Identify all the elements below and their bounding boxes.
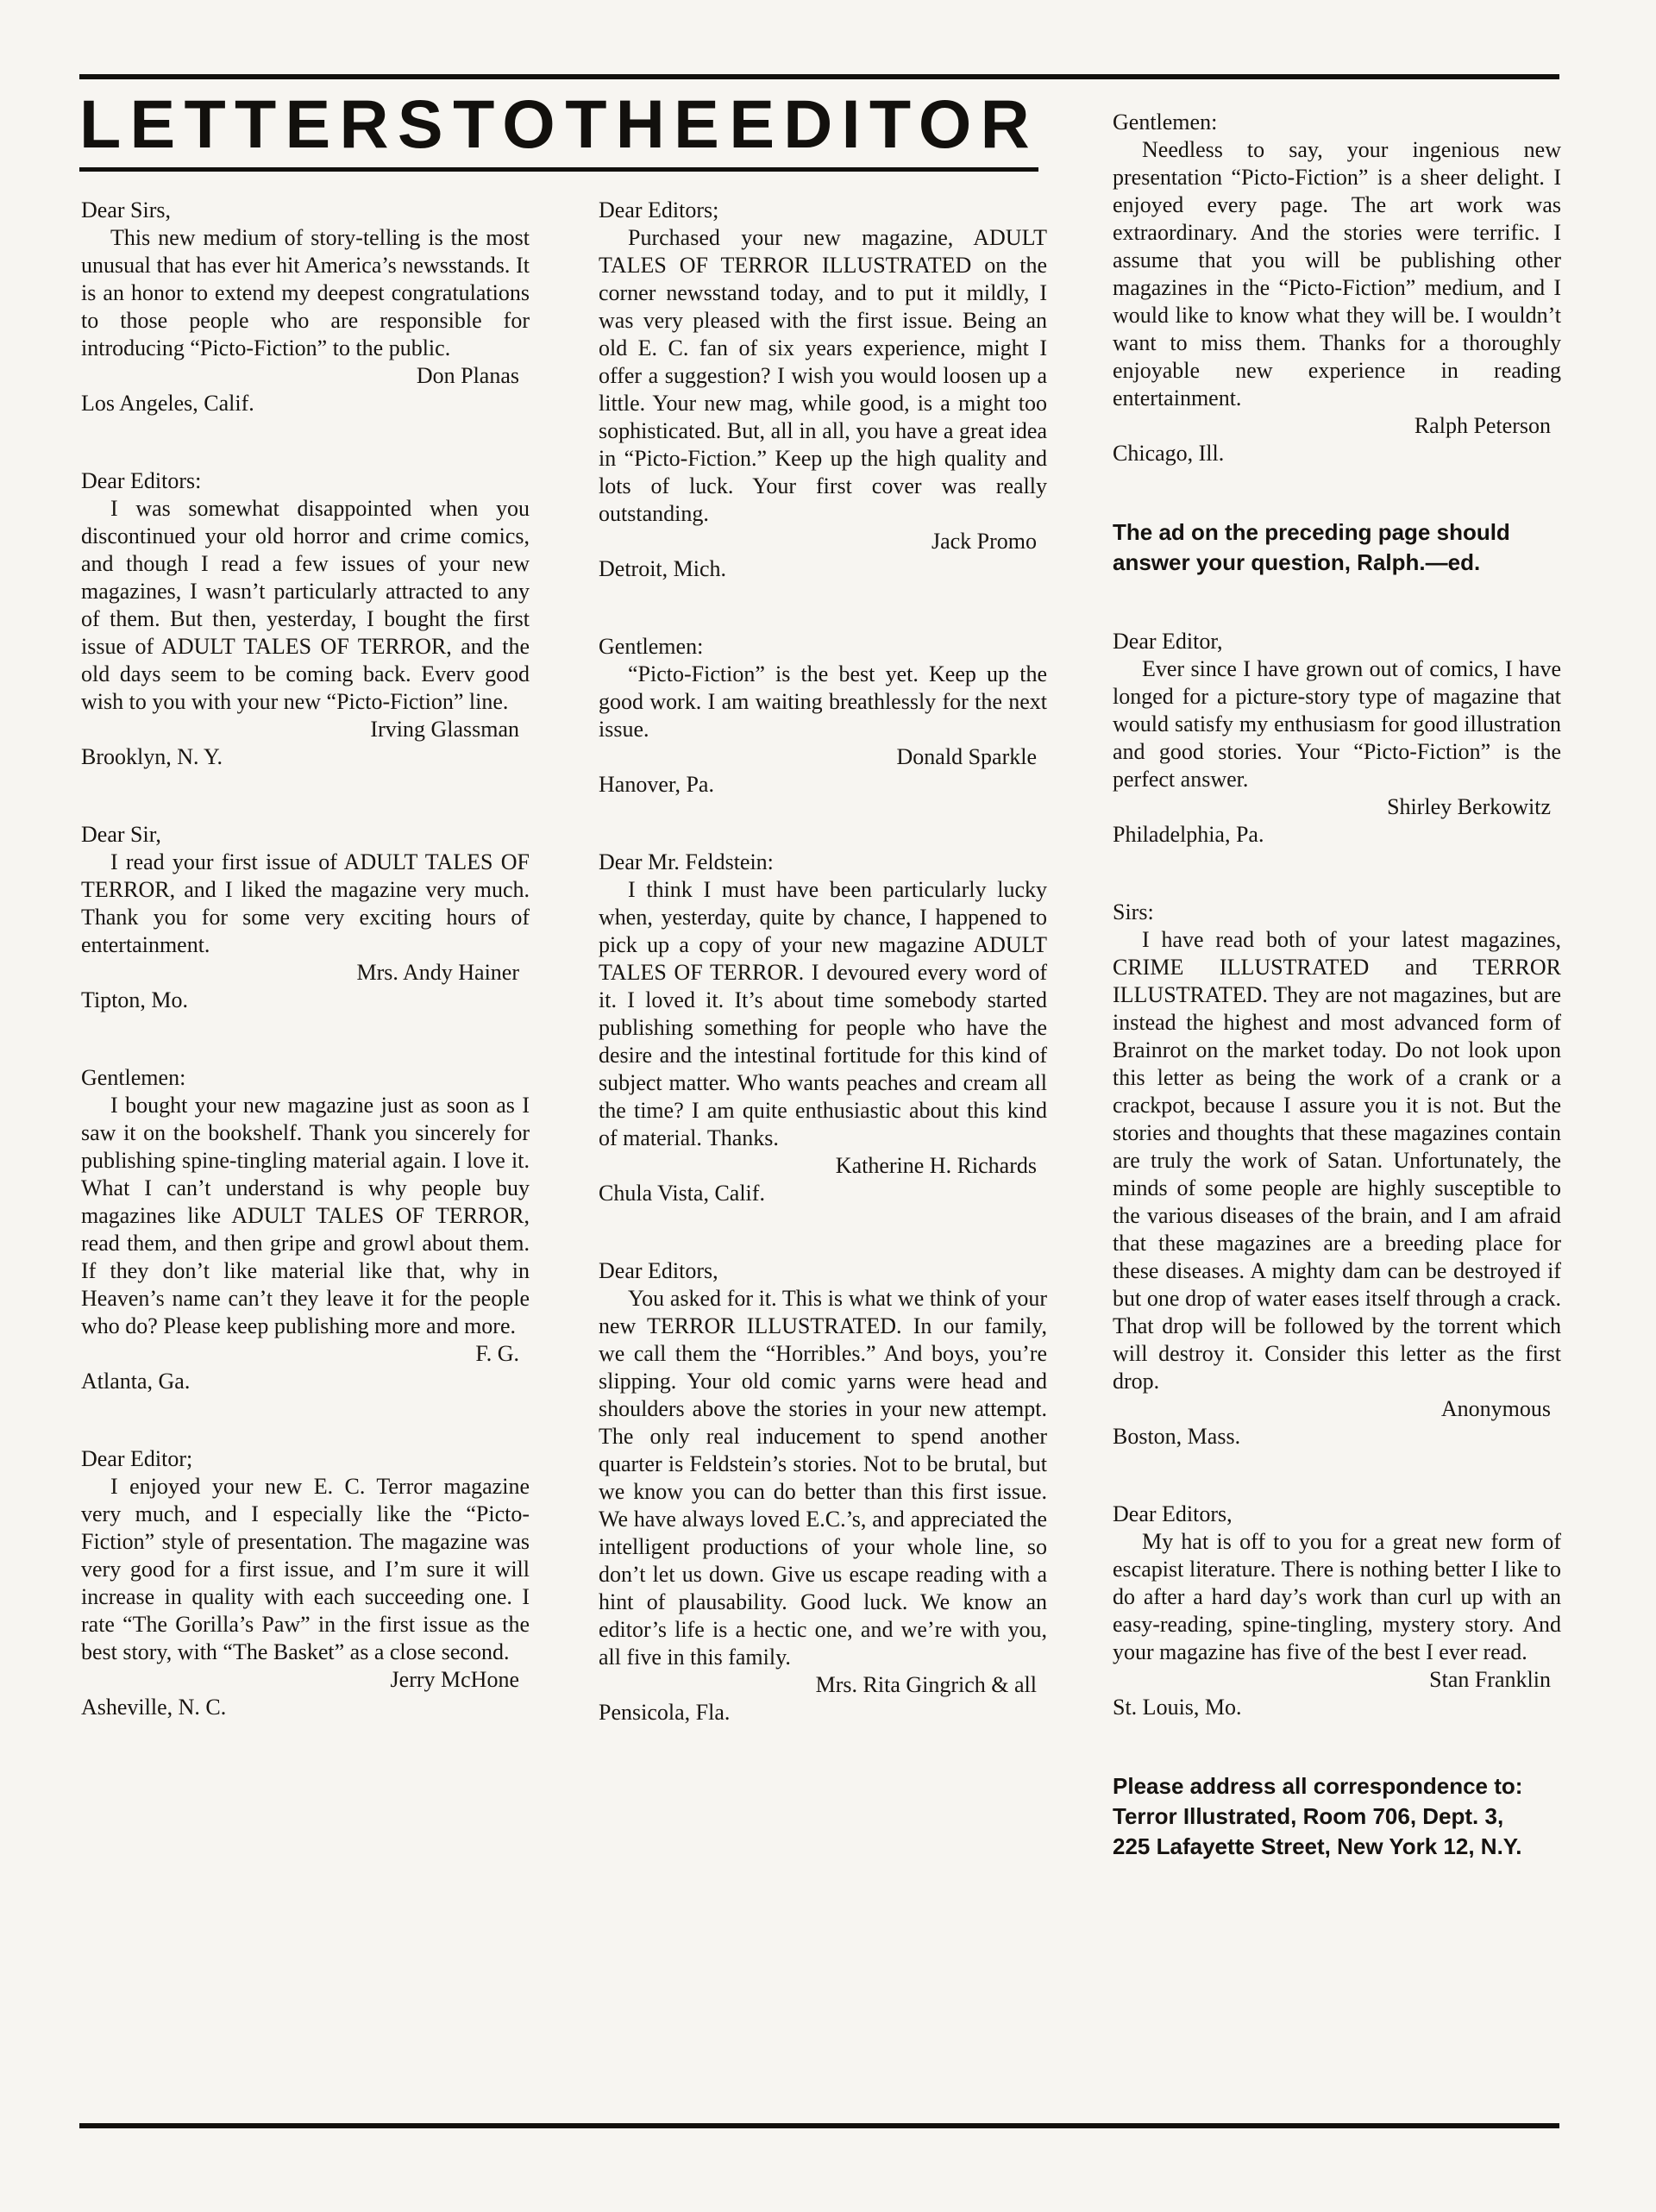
address-line: 225 Lafayette Street, New York 12, N.Y.	[1113, 1832, 1561, 1862]
letter-city: Detroit, Mich.	[599, 555, 1047, 583]
letter-signature: Stan Franklin	[1113, 1666, 1561, 1694]
letter-signature: Shirley Berkowitz	[1113, 793, 1561, 821]
column-2: Dear Editors; Purchased your new magazin…	[599, 197, 1047, 1776]
bottom-rule	[79, 2123, 1559, 2128]
letter-salutation: Dear Editor,	[1113, 628, 1561, 655]
letter: Dear Editors, You asked for it. This is …	[599, 1257, 1047, 1726]
letter-salutation: Dear Editors,	[599, 1257, 1047, 1285]
letter-body: I have read both of your latest magazine…	[1113, 926, 1561, 1395]
letter-body: “Picto-Fiction” is the best yet. Keep up…	[599, 661, 1047, 743]
editor-note: The ad on the preceding page should answ…	[1113, 517, 1561, 578]
letter-body: I think I must have been particularly lu…	[599, 876, 1047, 1152]
letter: Dear Sirs, This new medium of story-tell…	[81, 197, 530, 417]
letter-signature: Katherine H. Richards	[599, 1152, 1047, 1180]
title-underline-rule	[79, 167, 1038, 172]
column-3: Gentlemen: Needless to say, your ingenio…	[1113, 109, 1561, 1862]
letter-signature: F. G.	[81, 1340, 530, 1368]
letter: Dear Sir, I read your first issue of ADU…	[81, 821, 530, 1014]
letter-signature: Don Planas	[81, 362, 530, 390]
letter: Dear Editors, My hat is off to you for a…	[1113, 1501, 1561, 1721]
letter-salutation: Dear Editors,	[1113, 1501, 1561, 1528]
letter-city: Tipton, Mo.	[81, 987, 530, 1014]
column-1: Dear Sirs, This new medium of story-tell…	[81, 197, 530, 1771]
letter-salutation: Dear Sirs,	[81, 197, 530, 224]
page-title-word: THE	[565, 90, 728, 158]
letter: Gentlemen: “Picto-Fiction” is the best y…	[599, 633, 1047, 799]
letter: Sirs: I have read both of your latest ma…	[1113, 899, 1561, 1451]
letter: Dear Editors; Purchased your new magazin…	[599, 197, 1047, 583]
correspondence-address-note: Please address all correspondence to: Te…	[1113, 1771, 1561, 1862]
letter-salutation: Dear Editors;	[599, 197, 1047, 224]
letter-body: I read your first issue of ADULT TALES O…	[81, 849, 530, 959]
page-title: LETTERS TO THE EDITOR	[79, 83, 1038, 164]
top-rule	[79, 74, 1559, 79]
letter-city: Los Angeles, Calif.	[81, 390, 530, 417]
address-line: Please address all correspondence to:	[1113, 1771, 1561, 1802]
letter-body: This new medium of story-telling is the …	[81, 224, 530, 362]
page-title-word: EDITOR	[729, 90, 1038, 158]
letter-signature: Irving Glassman	[81, 716, 530, 743]
letter-salutation: Dear Sir,	[81, 821, 530, 849]
letter: Dear Mr. Feldstein: I think I must have …	[599, 849, 1047, 1207]
letter-body: My hat is off to you for a great new for…	[1113, 1528, 1561, 1666]
letter-body: Ever since I have grown out of comics, I…	[1113, 655, 1561, 793]
letter: Dear Editors: I was somewhat disappointe…	[81, 467, 530, 771]
letter-city: Atlanta, Ga.	[81, 1368, 530, 1395]
letter-city: Asheville, N. C.	[81, 1694, 530, 1721]
letter-salutation: Dear Editors:	[81, 467, 530, 495]
letter-city: Pensicola, Fla.	[599, 1699, 1047, 1726]
page-title-word: TO	[453, 90, 564, 158]
letter-signature: Jack Promo	[599, 528, 1047, 555]
letter-salutation: Gentlemen:	[1113, 109, 1561, 136]
letter-salutation: Dear Mr. Feldstein:	[599, 849, 1047, 876]
letter-body: Needless to say, your ingenious new pres…	[1113, 136, 1561, 412]
letter-salutation: Gentlemen:	[599, 633, 1047, 661]
letter-body: You asked for it. This is what we think …	[599, 1285, 1047, 1671]
letter: Gentlemen: Needless to say, your ingenio…	[1113, 109, 1561, 467]
letter-city: Chicago, Ill.	[1113, 440, 1561, 467]
letter-city: Brooklyn, N. Y.	[81, 743, 530, 771]
letter-city: Philadelphia, Pa.	[1113, 821, 1561, 849]
letter-signature: Jerry McHone	[81, 1666, 530, 1694]
magazine-letters-page: { "header": { "title": "LETTERS TO THE E…	[0, 0, 1656, 2212]
address-line: Terror Illustrated, Room 706, Dept. 3,	[1113, 1802, 1561, 1832]
letter-salutation: Sirs:	[1113, 899, 1561, 926]
letter-city: Chula Vista, Calif.	[599, 1180, 1047, 1207]
letter: Dear Editor, Ever since I have grown out…	[1113, 628, 1561, 849]
letter-signature: Ralph Peterson	[1113, 412, 1561, 440]
letter-city: Hanover, Pa.	[599, 771, 1047, 799]
letter-signature: Mrs. Rita Gingrich & all	[599, 1671, 1047, 1699]
letter-salutation: Gentlemen:	[81, 1064, 530, 1092]
letter-body: Purchased your new magazine, ADULT TALES…	[599, 224, 1047, 528]
letter-city: St. Louis, Mo.	[1113, 1694, 1561, 1721]
letter-city: Boston, Mass.	[1113, 1423, 1561, 1451]
letter-salutation: Dear Editor;	[81, 1445, 530, 1473]
letter-body: I bought your new magazine just as soon …	[81, 1092, 530, 1340]
letter: Dear Editor; I enjoyed your new E. C. Te…	[81, 1445, 530, 1721]
letter-body: I was somewhat disappointed when you dis…	[81, 495, 530, 716]
letter: Gentlemen: I bought your new magazine ju…	[81, 1064, 530, 1395]
letter-body: I enjoyed your new E. C. Terror magazine…	[81, 1473, 530, 1666]
letter-signature: Anonymous	[1113, 1395, 1561, 1423]
letter-signature: Donald Sparkle	[599, 743, 1047, 771]
page-title-word: LETTERS	[79, 90, 452, 158]
letter-signature: Mrs. Andy Hainer	[81, 959, 530, 987]
